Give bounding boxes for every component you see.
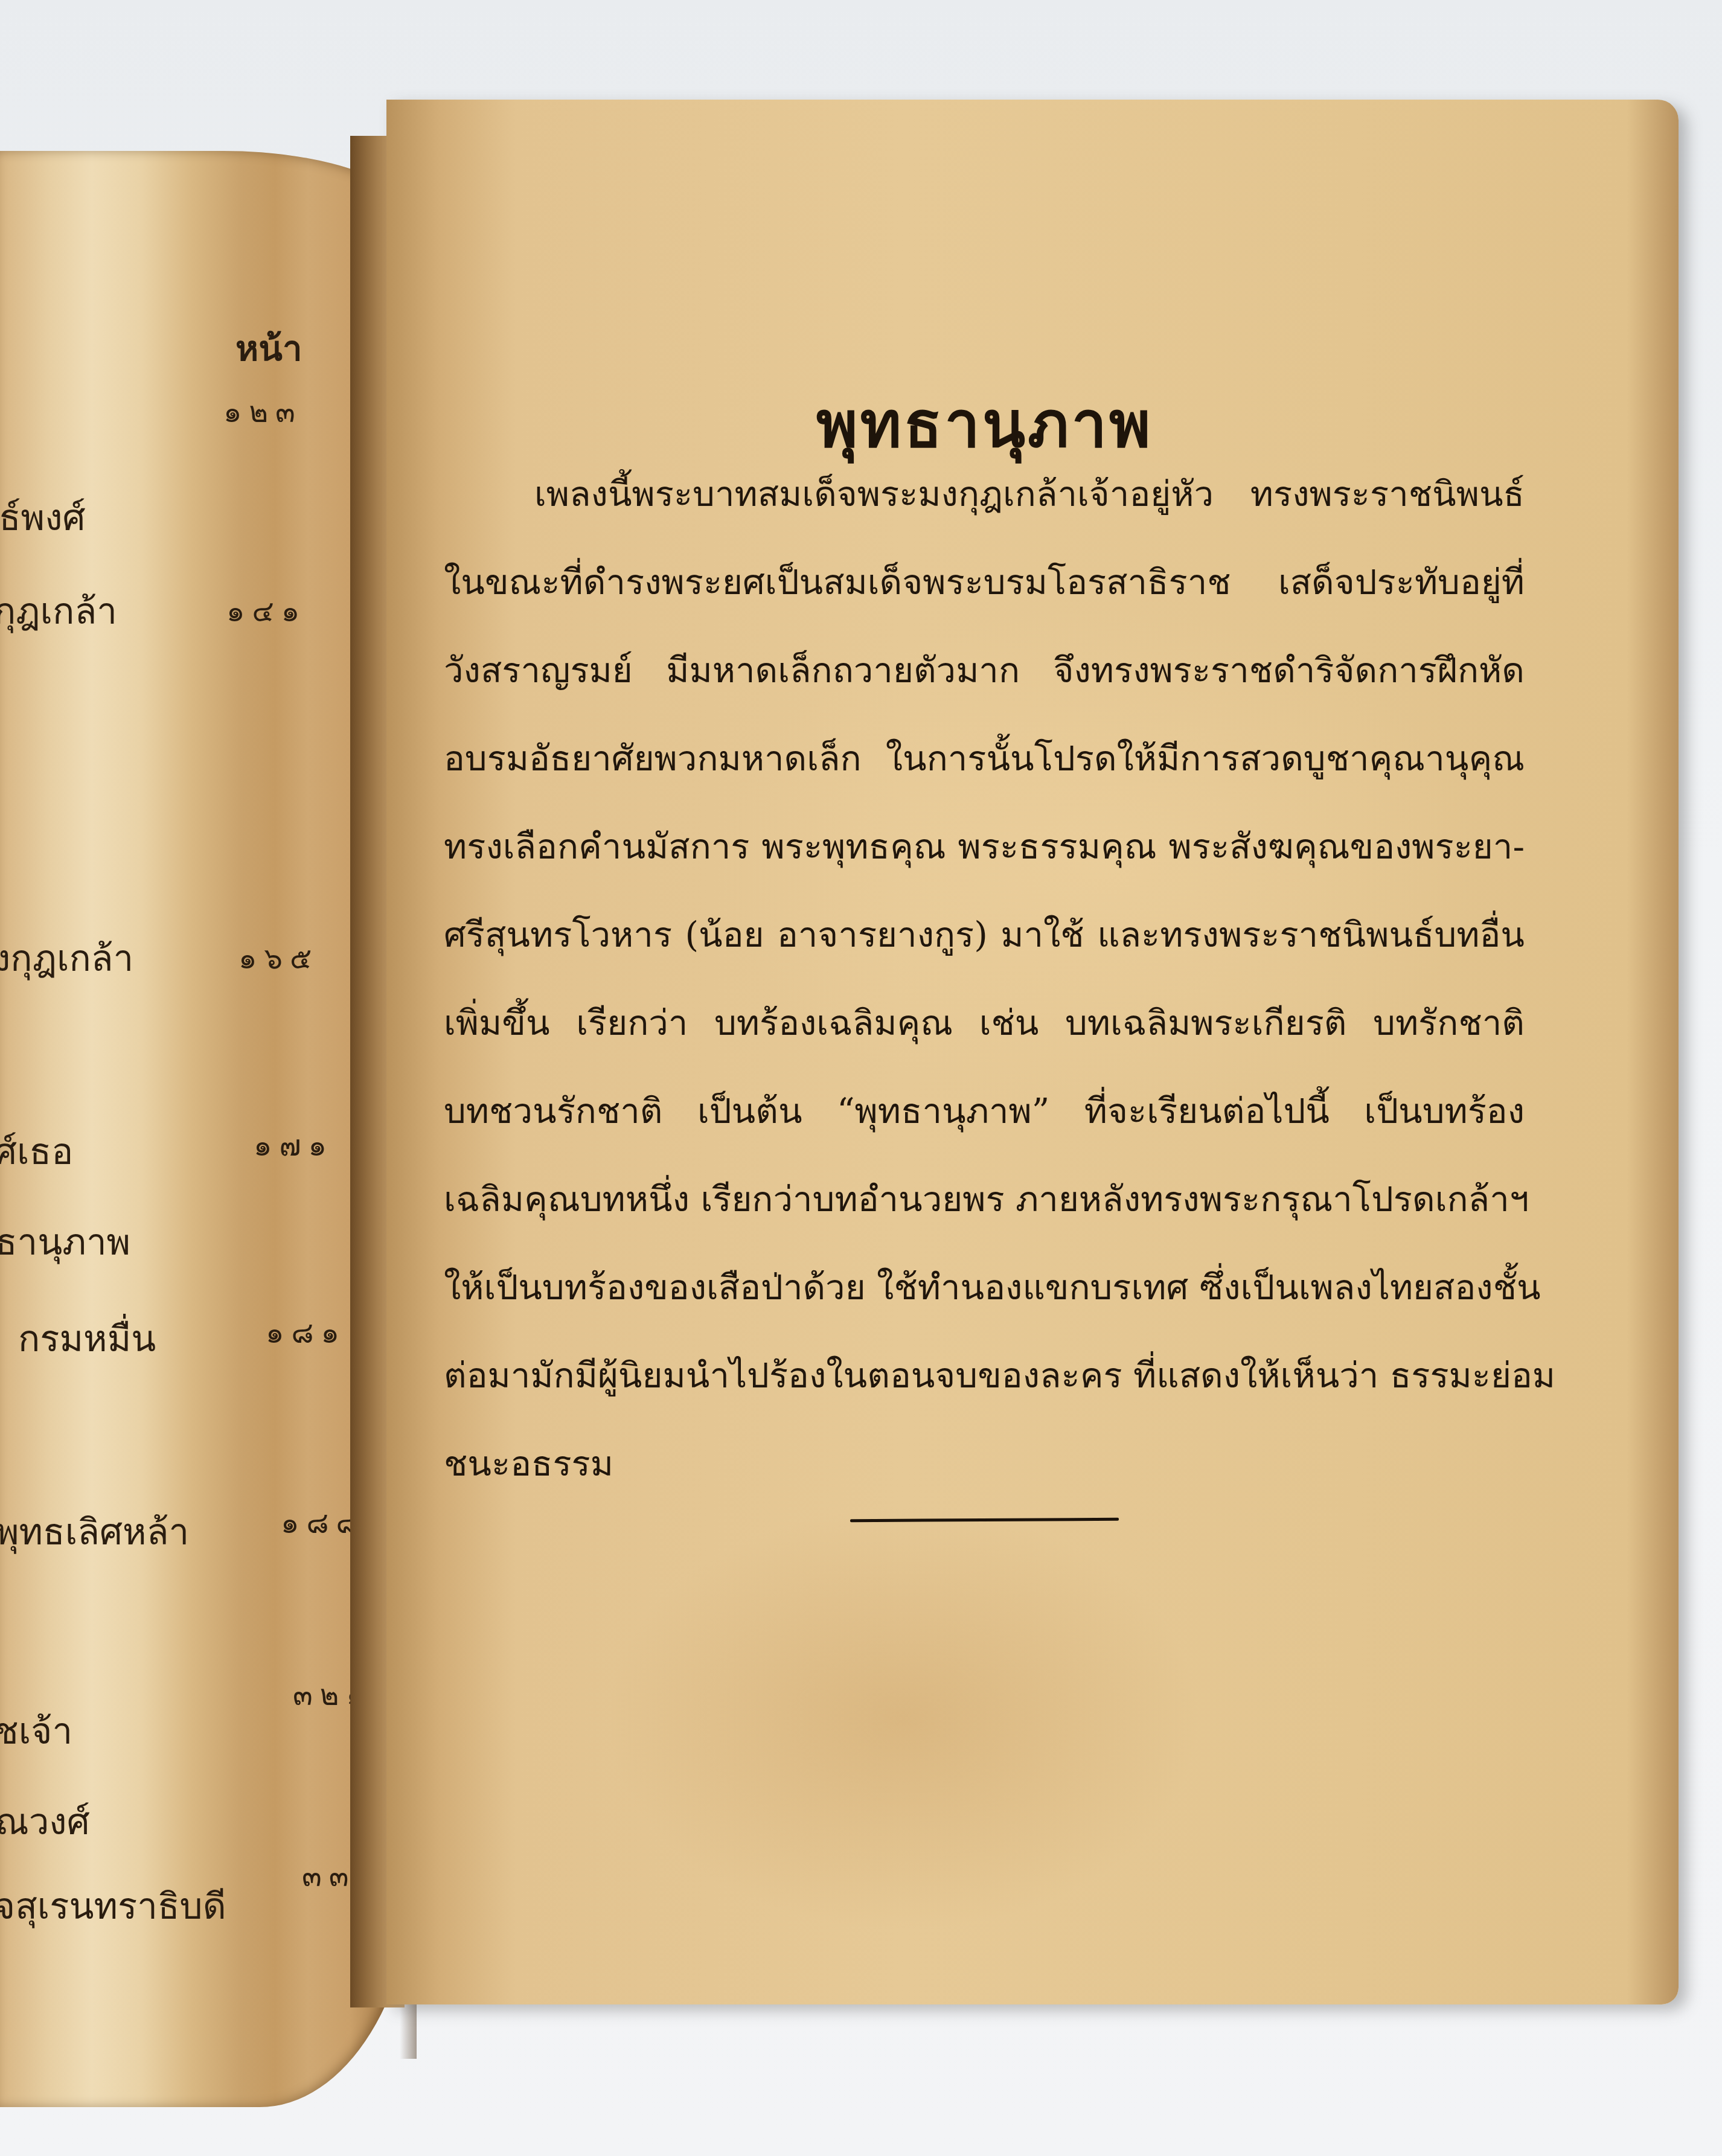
toc-entry-title: กุฎเกล้า — [0, 583, 117, 640]
toc-entry-title: ชเจ้า — [0, 1703, 72, 1760]
toc-entry-title: จสุเรนทราธิบดี — [0, 1878, 226, 1935]
toc-entry-title: งกุฎเกล้า — [0, 930, 133, 987]
toc-entry-title: กรมหมื่น — [18, 1310, 156, 1367]
toc-page-number: ๑๒๓ — [223, 389, 302, 435]
body-line: เพิ่มขึ้น เรียกว่า บทร้องเฉลิมคุณ เช่น บ… — [444, 979, 1525, 1067]
toc-page-number: ๑๖๕ — [238, 936, 319, 982]
body-line: วังสราญรมย์ มีมหาดเล็กถวายตัวมาก จึงทรงพ… — [444, 626, 1525, 714]
toc-entry-title: ศ์เธอ — [0, 1123, 73, 1180]
toc-page-number: ๑๗๑ — [254, 1123, 334, 1169]
body-paragraph: เพลงนี้พระบาทสมเด็จพระมงกุฎเกล้าเจ้าอยู่… — [444, 450, 1525, 1508]
toc-entry-title: ธ์พงศ์ — [0, 489, 86, 546]
body-line: เฉลิมคุณบทหนึ่ง เรียกว่าบทอำนวยพร ภายหลั… — [444, 1155, 1525, 1243]
right-page: พุทธานุภาพ เพลงนี้พระบาทสมเด็จพระมงกุฎเก… — [386, 100, 1679, 2004]
body-line: ให้เป็นบทร้องของเสือป่าด้วย ใช้ทำนองแขกบ… — [444, 1243, 1525, 1331]
body-line: ชนะอธรรม — [444, 1419, 1525, 1508]
toc-page-number: ๑๘๑ — [266, 1310, 347, 1356]
body-line: ทรงเลือกคำนมัสการ พระพุทธคุณ พระธรรมคุณ … — [444, 802, 1525, 891]
toc-entry-title: ธานุภาพ — [0, 1214, 130, 1271]
toc-page-number: ๑๔๑ — [226, 589, 307, 635]
body-line: ศรีสุนทรโวหาร (น้อย อาจารยางกูร) มาใช้ แ… — [444, 891, 1525, 979]
body-line: อบรมอัธยาศัยพวกมหาดเล็ก ในการนั้นโปรดให้… — [444, 714, 1525, 802]
toc-page-column-header: หน้า — [235, 320, 302, 376]
section-divider-rule — [850, 1518, 1119, 1522]
toc-entry-title: พุทธเลิศหล้า — [0, 1503, 189, 1561]
body-line: บทชวนรักชาติ เป็นต้น “พุทธานุภาพ” ที่จะเ… — [444, 1067, 1525, 1155]
toc-entry-title: ณวงศ์ — [0, 1793, 90, 1851]
body-line: ในขณะที่ดำรงพระยศเป็นสมเด็จพระบรมโอรสาธิ… — [444, 538, 1525, 626]
body-line: เพลงนี้พระบาทสมเด็จพระมงกุฎเกล้าเจ้าอยู่… — [444, 450, 1525, 538]
body-line: ต่อมามักมีผู้นิยมนำไปร้องในตอนจบของละคร … — [444, 1331, 1525, 1419]
